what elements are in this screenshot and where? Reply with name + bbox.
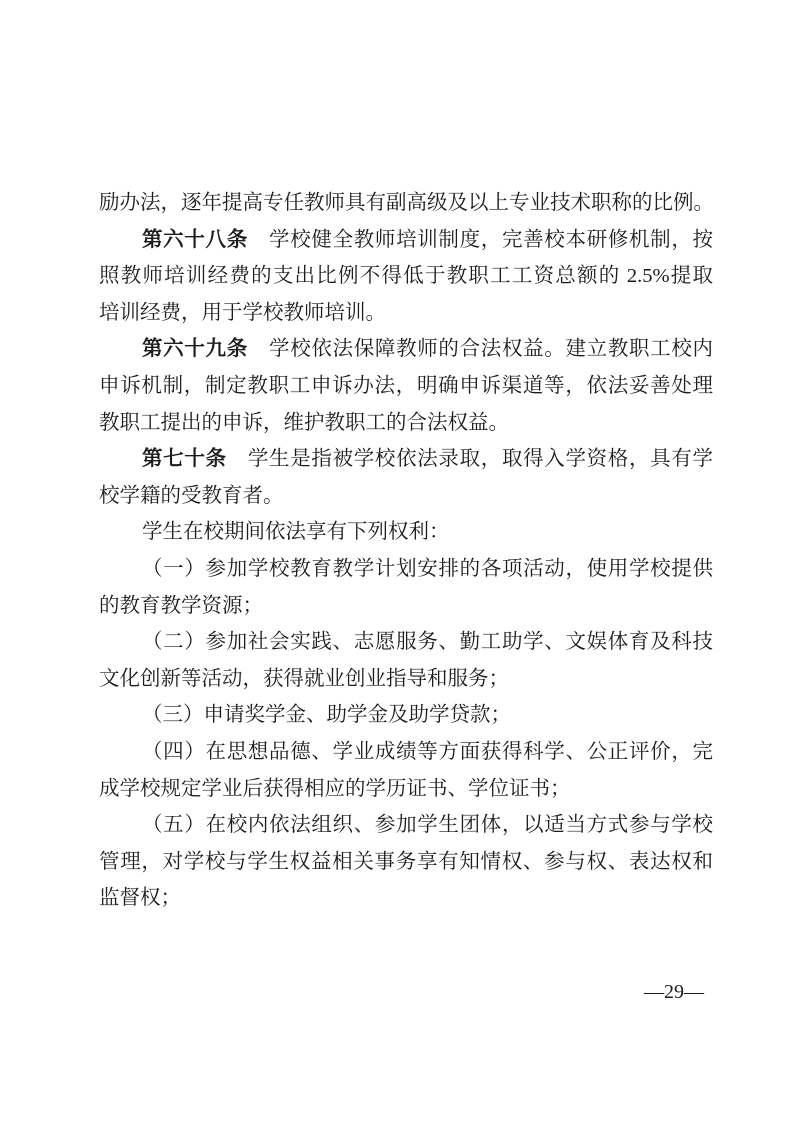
document-line: 成学校规定学业后获得相应的学历证书、学位证书； (99, 771, 713, 808)
text-run: 校学籍的受教育者。 (99, 485, 284, 507)
text-run: 学生在校期间依法享有下列权利： (142, 521, 450, 543)
text-run: 培训经费，用于学校教师培训。 (99, 302, 386, 324)
document-line: 监督权； (99, 880, 713, 917)
text-run: 管理，对学校与学生权益相关事务享有知情权、参与权、表达权和 (99, 851, 713, 873)
document-line: （二）参加社会实践、志愿服务、勤工助学、文娱体育及科技 (99, 624, 713, 661)
article-number: 第六十九条 (142, 337, 248, 360)
document-line: 第六十九条 学校依法保障教师的合法权益。建立教职工校内 (99, 331, 713, 368)
document-line: （三）申请奖学金、助学金及助学贷款； (99, 697, 713, 734)
text-run: （五）在校内依法组织、参加学生团体，以适当方式参与学校 (142, 814, 713, 836)
document-line: 校学籍的受教育者。 (99, 478, 713, 515)
text-run: 学生是指被学校依法录取，取得入学资格，具有学 (227, 448, 713, 470)
page-number: —29— (644, 980, 704, 1004)
text-run: 学校依法保障教师的合法权益。建立教职工校内 (248, 338, 713, 360)
document-line: 第七十条 学生是指被学校依法录取，取得入学资格，具有学 (99, 441, 713, 478)
document-line: 培训经费，用于学校教师培训。 (99, 295, 713, 332)
document-line: 教职工提出的申诉，维护教职工的合法权益。 (99, 405, 713, 442)
document-line: 励办法，逐年提高专任教师具有副高级及以上专业技术职称的比例。 (99, 185, 713, 222)
text-run: 励办法，逐年提高专任教师具有副高级及以上专业技术职称的比例。 (99, 192, 714, 214)
text-run: 文化创新等活动，获得就业创业指导和服务； (99, 668, 509, 690)
article-number: 第六十八条 (142, 228, 248, 251)
text-run: 教职工提出的申诉，维护教职工的合法权益。 (99, 412, 509, 434)
document-line: （一）参加学校教育教学计划安排的各项活动，使用学校提供 (99, 551, 713, 588)
document-line: 管理，对学校与学生权益相关事务享有知情权、参与权、表达权和 (99, 844, 713, 881)
document-line: （五）在校内依法组织、参加学生团体，以适当方式参与学校 (99, 807, 713, 844)
text-run: （一）参加学校教育教学计划安排的各项活动，使用学校提供 (142, 558, 713, 580)
text-run: 学校健全教师培训制度，完善校本研修机制，按 (248, 229, 713, 251)
document-line: 学生在校期间依法享有下列权利： (99, 514, 713, 551)
article-number: 第七十条 (142, 447, 227, 470)
document-body: 励办法，逐年提高专任教师具有副高级及以上专业技术职称的比例。第六十八条 学校健全… (99, 185, 713, 917)
text-run: 照教师培训经费的支出比例不得低于教职工工资总额的 2.5%提取 (99, 265, 713, 287)
text-run: （四）在思想品德、学业成绩等方面获得科学、公正评价，完 (142, 741, 713, 763)
document-line: （四）在思想品德、学业成绩等方面获得科学、公正评价，完 (99, 734, 713, 771)
document-line: 照教师培训经费的支出比例不得低于教职工工资总额的 2.5%提取 (99, 258, 713, 295)
text-run: （三）申请奖学金、助学金及助学贷款； (142, 704, 511, 726)
document-line: 申诉机制，制定教职工申诉办法，明确申诉渠道等，依法妥善处理 (99, 368, 713, 405)
text-run: 的教育教学资源； (99, 595, 263, 617)
text-run: 成学校规定学业后获得相应的学历证书、学位证书； (99, 778, 571, 800)
text-run: 监督权； (99, 887, 181, 909)
text-run: 申诉机制，制定教职工申诉办法，明确申诉渠道等，依法妥善处理 (99, 375, 713, 397)
document-line: 的教育教学资源； (99, 588, 713, 625)
document-line: 文化创新等活动，获得就业创业指导和服务； (99, 661, 713, 698)
document-page: 励办法，逐年提高专任教师具有副高级及以上专业技术职称的比例。第六十八条 学校健全… (0, 0, 793, 1122)
text-run: （二）参加社会实践、志愿服务、勤工助学、文娱体育及科技 (142, 631, 713, 653)
document-line: 第六十八条 学校健全教师培训制度，完善校本研修机制，按 (99, 222, 713, 259)
